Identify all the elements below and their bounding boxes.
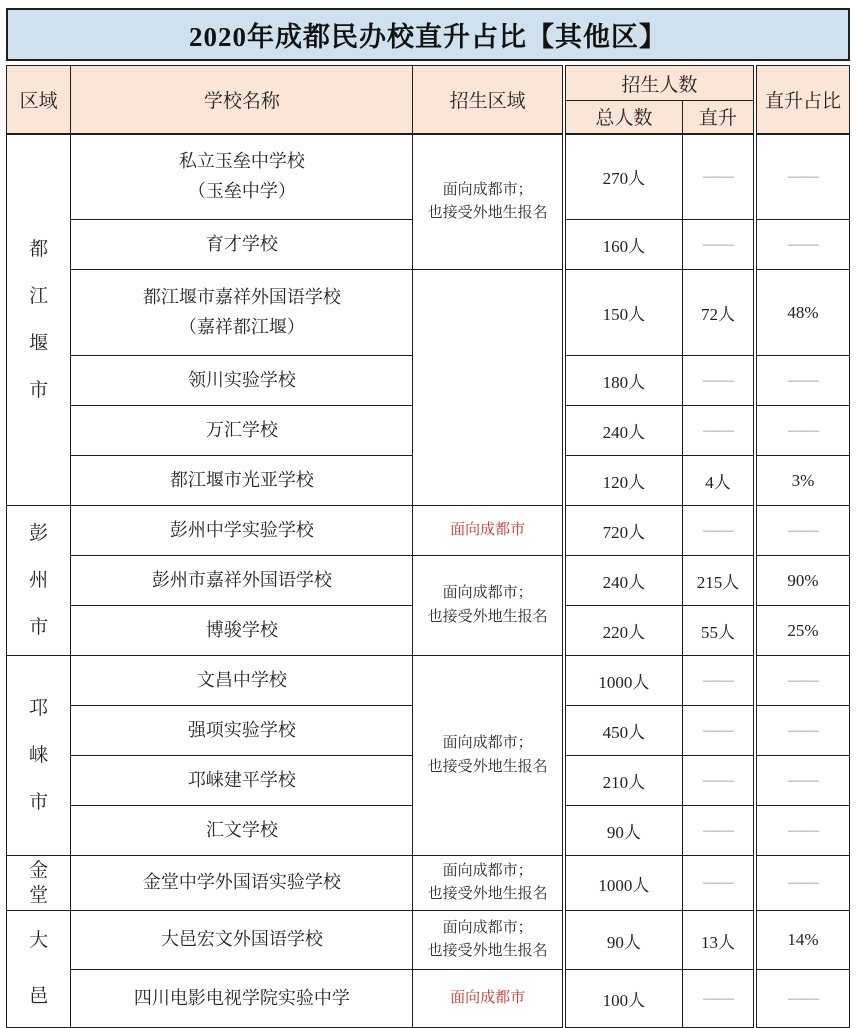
ratio-cell: —— [755,656,850,706]
direct-cell: —— [682,406,754,456]
school-cell: 都江堰市嘉祥外国语学校 （嘉祥都江堰） [71,270,413,356]
direct-cell: 55人 [682,606,754,656]
school-cell: 博骏学校 [71,606,413,656]
ratio-cell: —— [755,506,850,556]
school-cell: 万汇学校 [71,406,413,456]
header-direct: 直升 [682,101,754,134]
header-school: 学校名称 [71,66,413,134]
ratio-cell: —— [755,856,850,911]
table-row: 彭 州 市彭州中学实验学校面向成都市720人———— [7,506,850,556]
school-cell: 彭州市嘉祥外国语学校 [71,556,413,606]
header-total: 总人数 [564,101,683,134]
direct-cell: —— [682,706,754,756]
total-cell: 160人 [564,220,683,270]
ratio-cell: —— [755,706,850,756]
school-cell: 汇文学校 [71,806,413,856]
header-region: 区域 [7,66,71,134]
total-cell: 180人 [564,356,683,406]
area-cell [413,270,564,506]
ratio-cell: —— [755,356,850,406]
header-area: 招生区域 [413,66,564,134]
ratio-cell: 90% [755,556,850,606]
table-header: 区域 学校名称 招生区域 招生人数 直升占比 总人数 直升 [7,66,850,134]
direct-cell: 215人 [682,556,754,606]
school-cell: 领川实验学校 [71,356,413,406]
total-cell: 150人 [564,270,683,356]
table-row: 彭州市嘉祥外国语学校面向成都市； 也接受外地生报名240人215人90% [7,556,850,606]
school-cell: 都江堰市光亚学校 [71,456,413,506]
school-cell: 强项实验学校 [71,706,413,756]
page: 2020年成都民办校直升占比【其他区】 区域 学校名称 招生区域 招生人数 直升… [0,0,856,1028]
table-row: 金 堂金堂中学外国语实验学校面向成都市； 也接受外地生报名1000人———— [7,856,850,911]
direct-cell: —— [682,970,754,1028]
total-cell: 220人 [564,606,683,656]
table-row: 都 江 堰 市私立玉垒中学校 （玉垒中学）面向成都市； 也接受外地生报名270人… [7,134,850,220]
table-row: 邛 崃 市文昌中学校面向成都市； 也接受外地生报名1000人———— [7,656,850,706]
direct-cell: —— [682,134,754,220]
area-cell: 面向成都市； 也接受外地生报名 [413,134,564,270]
ratio-cell: —— [755,406,850,456]
direct-cell: 13人 [682,911,754,970]
region-cell: 都 江 堰 市 [7,134,71,506]
area-cell: 面向成都市 [413,506,564,556]
total-cell: 90人 [564,806,683,856]
ratio-cell: 3% [755,456,850,506]
school-cell: 四川电影电视学院实验中学 [71,970,413,1028]
page-title: 2020年成都民办校直升占比【其他区】 [6,8,850,61]
school-cell: 私立玉垒中学校 （玉垒中学） [71,134,413,220]
total-cell: 720人 [564,506,683,556]
region-cell: 邛 崃 市 [7,656,71,856]
area-cell: 面向成都市； 也接受外地生报名 [413,911,564,970]
area-cell: 面向成都市； 也接受外地生报名 [413,856,564,911]
total-cell: 240人 [564,556,683,606]
table-row: 四川电影电视学院实验中学面向成都市100人———— [7,970,850,1028]
school-cell: 大邑宏文外国语学校 [71,911,413,970]
total-cell: 270人 [564,134,683,220]
total-cell: 120人 [564,456,683,506]
total-cell: 100人 [564,970,683,1028]
table-row: 大 邑大邑宏文外国语学校面向成都市； 也接受外地生报名90人13人14% [7,911,850,970]
ratio-cell: —— [755,806,850,856]
direct-cell: —— [682,656,754,706]
table-body: 都 江 堰 市私立玉垒中学校 （玉垒中学）面向成都市； 也接受外地生报名270人… [7,134,850,1028]
ratio-cell: —— [755,134,850,220]
total-cell: 90人 [564,911,683,970]
total-cell: 450人 [564,706,683,756]
region-cell: 大 邑 [7,911,71,1028]
direct-cell: 72人 [682,270,754,356]
header-ratio: 直升占比 [755,66,850,134]
ratio-cell: —— [755,756,850,806]
direct-cell: —— [682,856,754,911]
promotion-table: 区域 学校名称 招生区域 招生人数 直升占比 总人数 直升 都 江 堰 市私立玉… [6,65,850,1028]
direct-cell: —— [682,806,754,856]
ratio-cell: —— [755,970,850,1028]
area-cell: 面向成都市； 也接受外地生报名 [413,656,564,856]
school-cell: 文昌中学校 [71,656,413,706]
total-cell: 210人 [564,756,683,806]
header-enrollment-group: 招生人数 [564,66,755,101]
area-cell: 面向成都市 [413,970,564,1028]
region-cell: 金 堂 [7,856,71,911]
school-cell: 邛崃建平学校 [71,756,413,806]
direct-cell: —— [682,356,754,406]
table-row: 都江堰市嘉祥外国语学校 （嘉祥都江堰）150人72人48% [7,270,850,356]
school-cell: 育才学校 [71,220,413,270]
total-cell: 240人 [564,406,683,456]
ratio-cell: —— [755,220,850,270]
direct-cell: —— [682,220,754,270]
direct-cell: —— [682,506,754,556]
school-cell: 金堂中学外国语实验学校 [71,856,413,911]
ratio-cell: 14% [755,911,850,970]
school-cell: 彭州中学实验学校 [71,506,413,556]
total-cell: 1000人 [564,856,683,911]
ratio-cell: 25% [755,606,850,656]
direct-cell: —— [682,756,754,806]
region-cell: 彭 州 市 [7,506,71,656]
ratio-cell: 48% [755,270,850,356]
total-cell: 1000人 [564,656,683,706]
direct-cell: 4人 [682,456,754,506]
area-cell: 面向成都市； 也接受外地生报名 [413,556,564,656]
